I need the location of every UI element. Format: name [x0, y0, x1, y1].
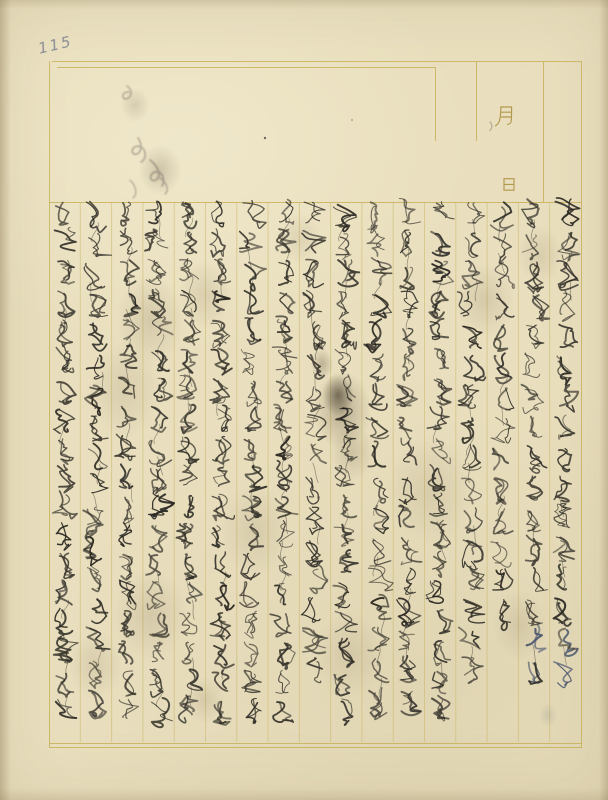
ink-speck — [351, 119, 353, 121]
handwriting-column — [83, 202, 111, 719]
handwriting-column — [364, 202, 393, 719]
handwriting-body — [53, 198, 580, 727]
handwriting-column — [115, 202, 140, 718]
handwriting-column — [333, 205, 359, 725]
handwriting-column — [426, 202, 454, 721]
handwriting-column — [145, 201, 174, 727]
handwriting-column — [53, 203, 79, 719]
handwriting-column — [177, 202, 203, 723]
column-rules — [80, 203, 549, 742]
handwriting-column — [522, 199, 550, 684]
handwriting-column — [301, 202, 327, 682]
handwriting-column — [270, 200, 297, 722]
manuscript-page: 115 — [0, 0, 608, 800]
handwriting-column — [240, 201, 267, 724]
handwriting-column — [210, 201, 235, 725]
handwriting-column — [397, 199, 422, 716]
month-label-glyph — [496, 107, 512, 126]
pencil-comma-mark — [490, 122, 492, 131]
ink-speck — [264, 137, 266, 139]
handwriting-column — [554, 198, 580, 688]
handwriting-column — [491, 202, 515, 630]
pencil-scribble — [123, 86, 167, 198]
handwriting-column — [458, 203, 486, 684]
day-label-glyph — [504, 179, 514, 191]
ink-layer — [0, 0, 608, 800]
